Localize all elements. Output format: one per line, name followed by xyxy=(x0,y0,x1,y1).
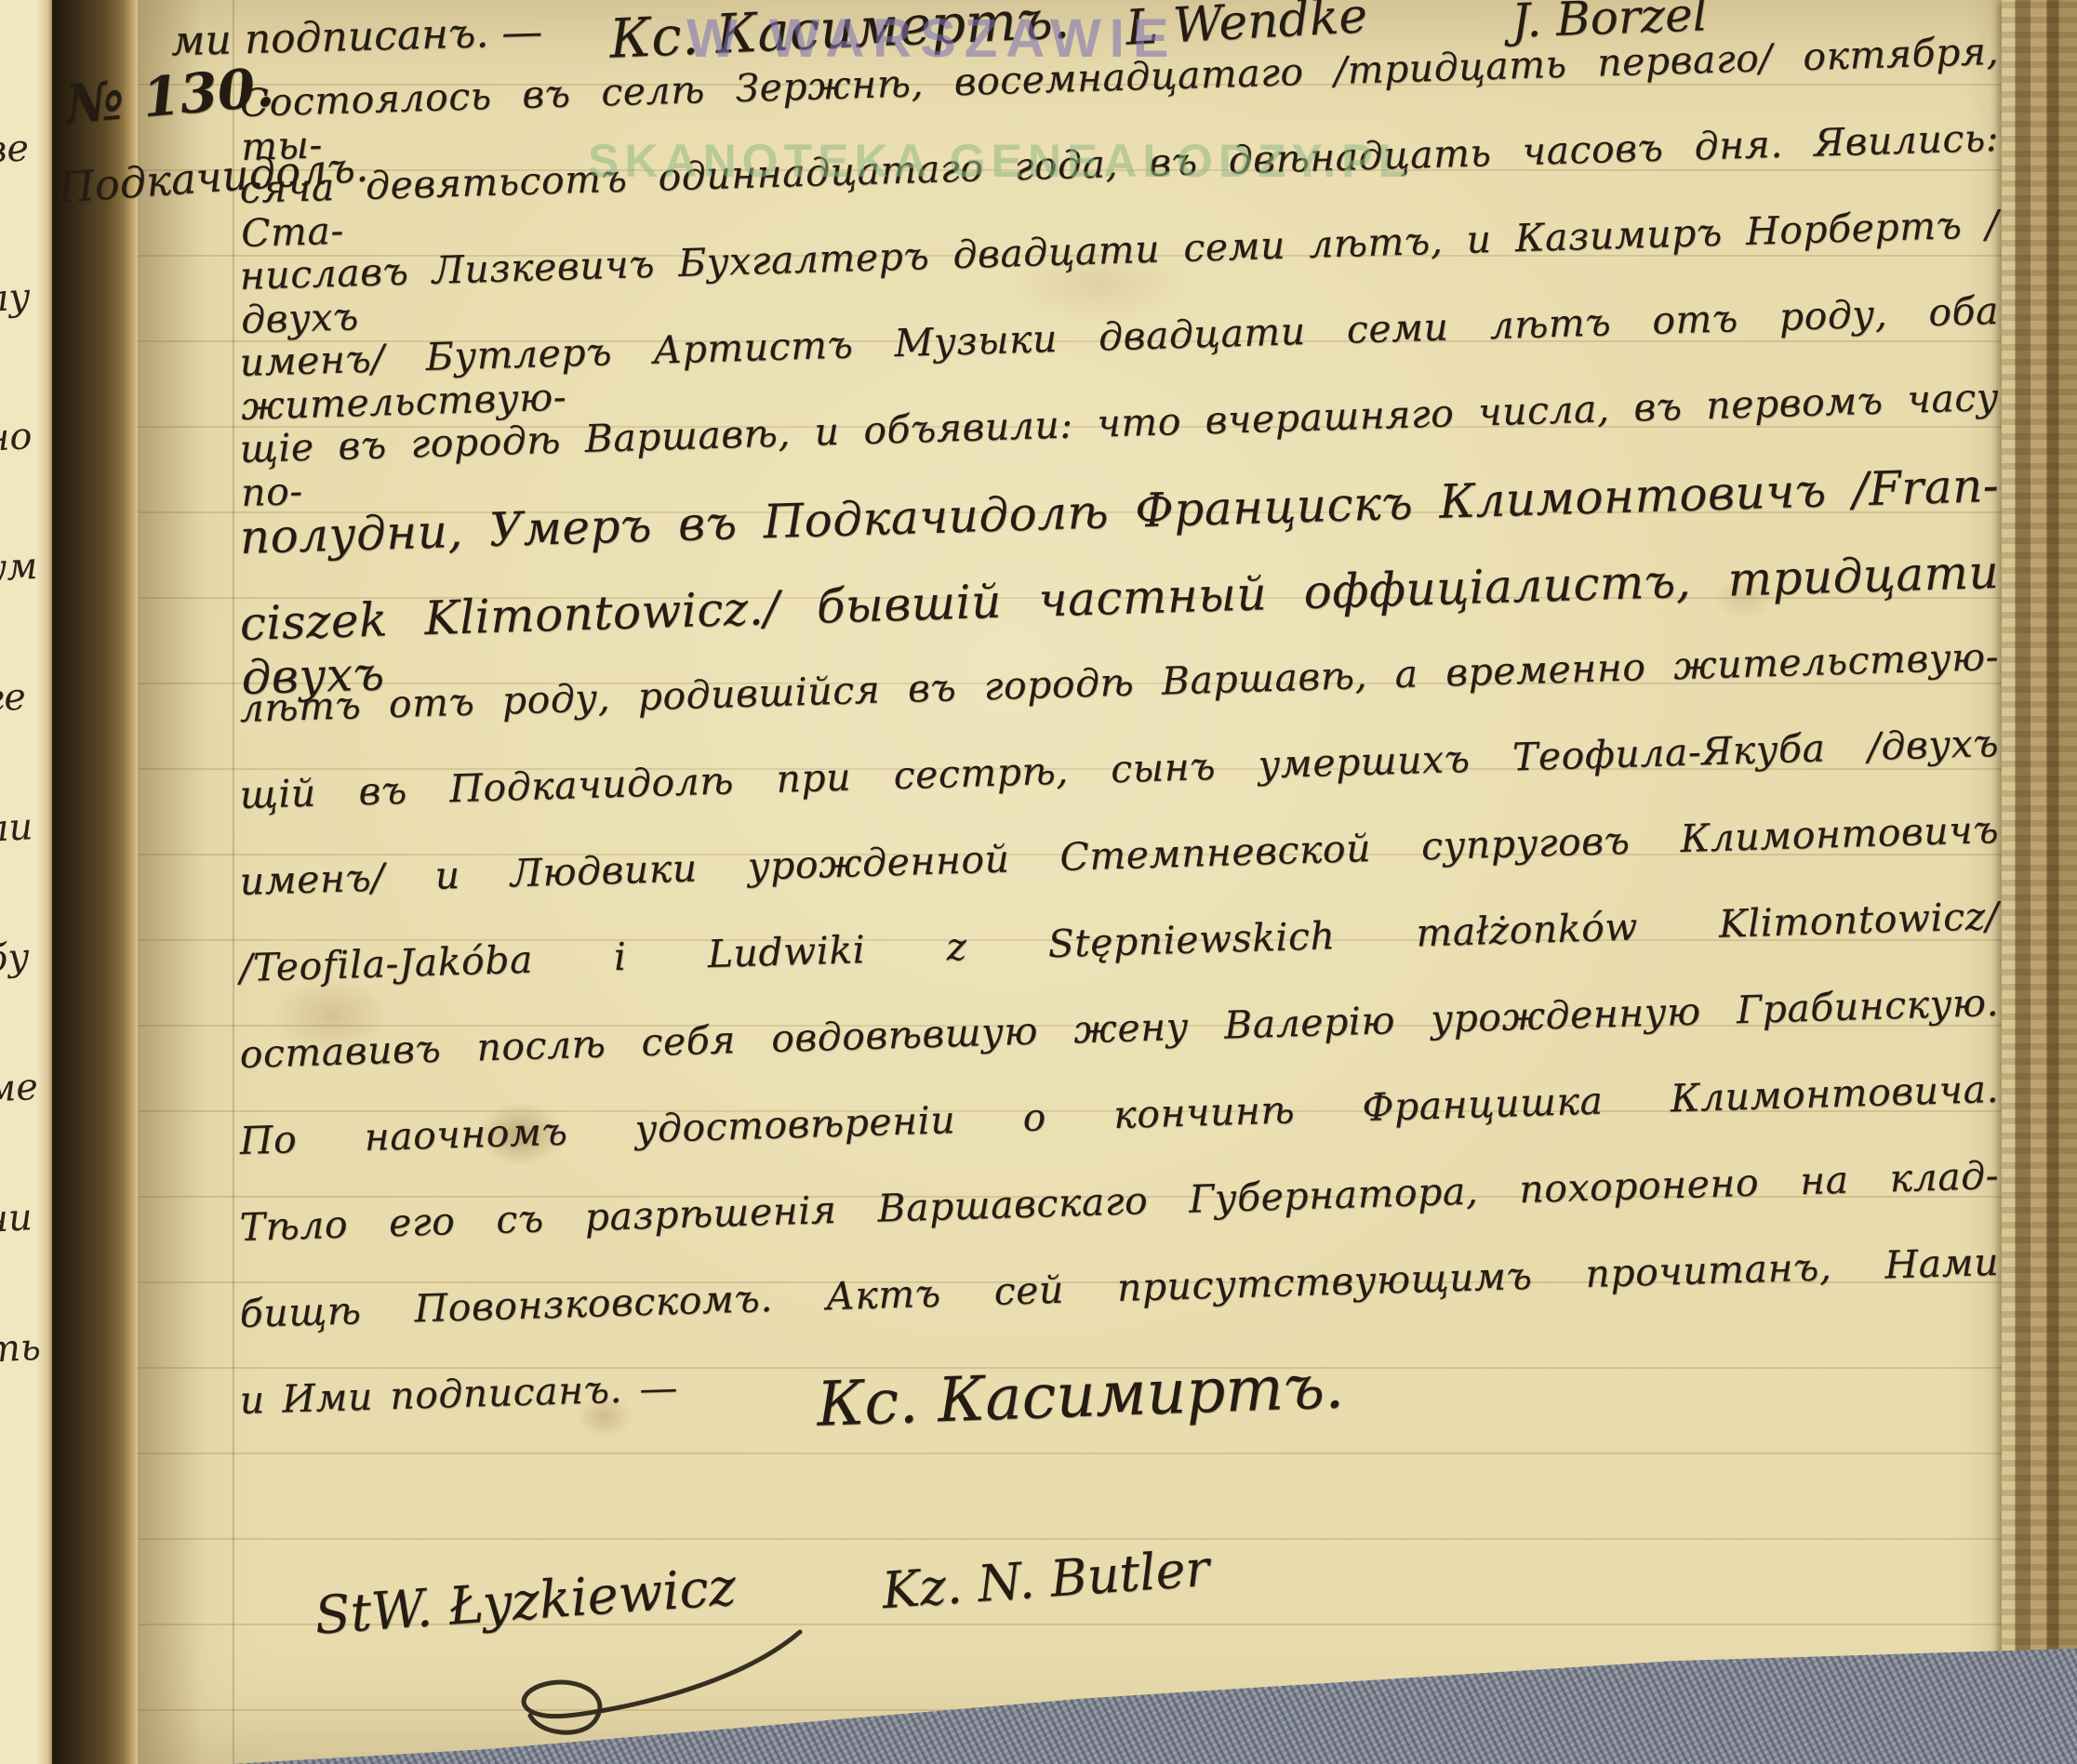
cutoff-text-fragment: ге xyxy=(0,677,51,718)
scanned-register-page: ве лу но ум ге ли бу ме чи ть ми подписа… xyxy=(0,0,2077,1764)
cutoff-text-fragment: ум xyxy=(0,547,51,588)
cutoff-text-fragment: бу xyxy=(0,937,51,978)
margin-rule-line xyxy=(233,0,234,1764)
cutoff-text-fragment: ли xyxy=(0,807,51,848)
cutoff-text-fragment: ве xyxy=(0,128,51,169)
book-page-edges xyxy=(2002,0,2077,1764)
cutoff-text-fragment: но xyxy=(0,417,51,458)
previous-act-witness1-signature: L Wendke xyxy=(1125,0,1368,53)
official-signature: Кс. Касимиртъ. xyxy=(816,1356,1345,1436)
cutoff-text-fragment: чи xyxy=(0,1198,51,1239)
cutoff-text-fragment: лу xyxy=(0,277,51,318)
previous-act-closing-text: ми подписанъ. — xyxy=(170,12,542,62)
book-gutter-shadow xyxy=(52,0,138,1764)
previous-page-edge: ве лу но ум ге ли бу ме чи ть xyxy=(0,0,52,1764)
cutoff-text-fragment: ть xyxy=(0,1328,51,1369)
cutoff-text-fragment: ме xyxy=(0,1068,51,1108)
